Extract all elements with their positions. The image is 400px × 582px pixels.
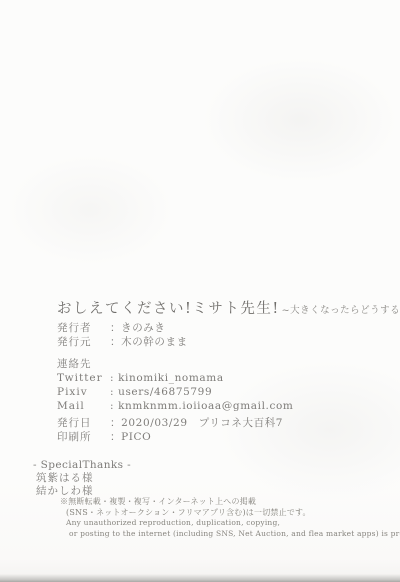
twitter-label: Twitter <box>57 371 110 385</box>
colophon-page: おしえてください!ミサト先生! ~大きくなったらどうするの?~ 発行者 ：きのみ… <box>0 0 400 582</box>
mail-label: Mail <box>57 399 110 413</box>
printer-row: 印刷所 ：PICO <box>57 430 283 444</box>
contact-heading: 連絡先 <box>57 357 293 371</box>
publish-date-row: 発行日 ：2020/03/29 プリコネ大百科7 <box>57 416 283 430</box>
publish-date-label: 発行日 <box>57 416 110 430</box>
disclaimer-jp-line1: ※無断転載・複製・複写・インターネット上への掲載 <box>60 497 400 508</box>
publisher-row: 発行者 ：きのみき <box>57 321 188 335</box>
publisher-label: 発行者 <box>57 321 110 335</box>
contact-block: 連絡先 Twitter : kinomiki_nomama Pixiv : us… <box>57 357 293 413</box>
special-thanks-heading: - SpecialThanks - <box>33 459 131 472</box>
pixiv-row: Pixiv : users/46875799 <box>57 385 293 399</box>
special-thanks-block: - SpecialThanks - 筑紫はる様 結かしわ様 <box>33 459 131 497</box>
circle-value: ：木の幹のまま <box>110 335 188 349</box>
disclaimer-en-line1: Any unauthorized reproduction, duplicati… <box>66 518 400 529</box>
disclaimer-block: ※無断転載・複製・複写・インターネット上への掲載 (SNS・ネットオークション・… <box>60 497 400 539</box>
special-thanks-name: 結かしわ様 <box>36 485 131 498</box>
printer-label: 印刷所 <box>57 430 110 444</box>
printer-value: ：PICO <box>110 430 151 444</box>
mail-row: Mail : knmknmm.ioiioaa@gmail.com <box>57 399 293 413</box>
pixiv-label: Pixiv <box>57 385 110 399</box>
publisher-value: ：きのみき <box>110 321 166 335</box>
book-title-subtitle: ~大きくなったらどうするの?~ <box>282 302 400 316</box>
disclaimer-en-line2: or posting to the internet (including SN… <box>69 529 400 540</box>
circle-row: 発行元 ：木の幹のまま <box>57 335 188 349</box>
special-thanks-name: 筑紫はる様 <box>36 472 131 485</box>
twitter-handle: : kinomiki_nomama <box>110 371 224 385</box>
mail-address: : knmknmm.ioiioaa@gmail.com <box>110 399 293 413</box>
disclaimer-jp-line2: (SNS・ネットオークション・フリマアプリ含む)は一切禁止です。 <box>66 508 400 519</box>
pixiv-id: : users/46875799 <box>110 385 212 399</box>
book-title: おしえてください!ミサト先生! ~大きくなったらどうするの?~ <box>57 297 400 318</box>
circle-label: 発行元 <box>57 335 110 349</box>
book-title-main: おしえてください!ミサト先生! <box>57 297 280 318</box>
publish-date-value: ：2020/03/29 プリコネ大百科7 <box>110 416 283 430</box>
scan-bottom-shadow <box>0 574 400 582</box>
publisher-block: 発行者 ：きのみき 発行元 ：木の幹のまま <box>57 321 188 349</box>
twitter-row: Twitter : kinomiki_nomama <box>57 371 293 385</box>
publication-block: 発行日 ：2020/03/29 プリコネ大百科7 印刷所 ：PICO <box>57 416 283 444</box>
